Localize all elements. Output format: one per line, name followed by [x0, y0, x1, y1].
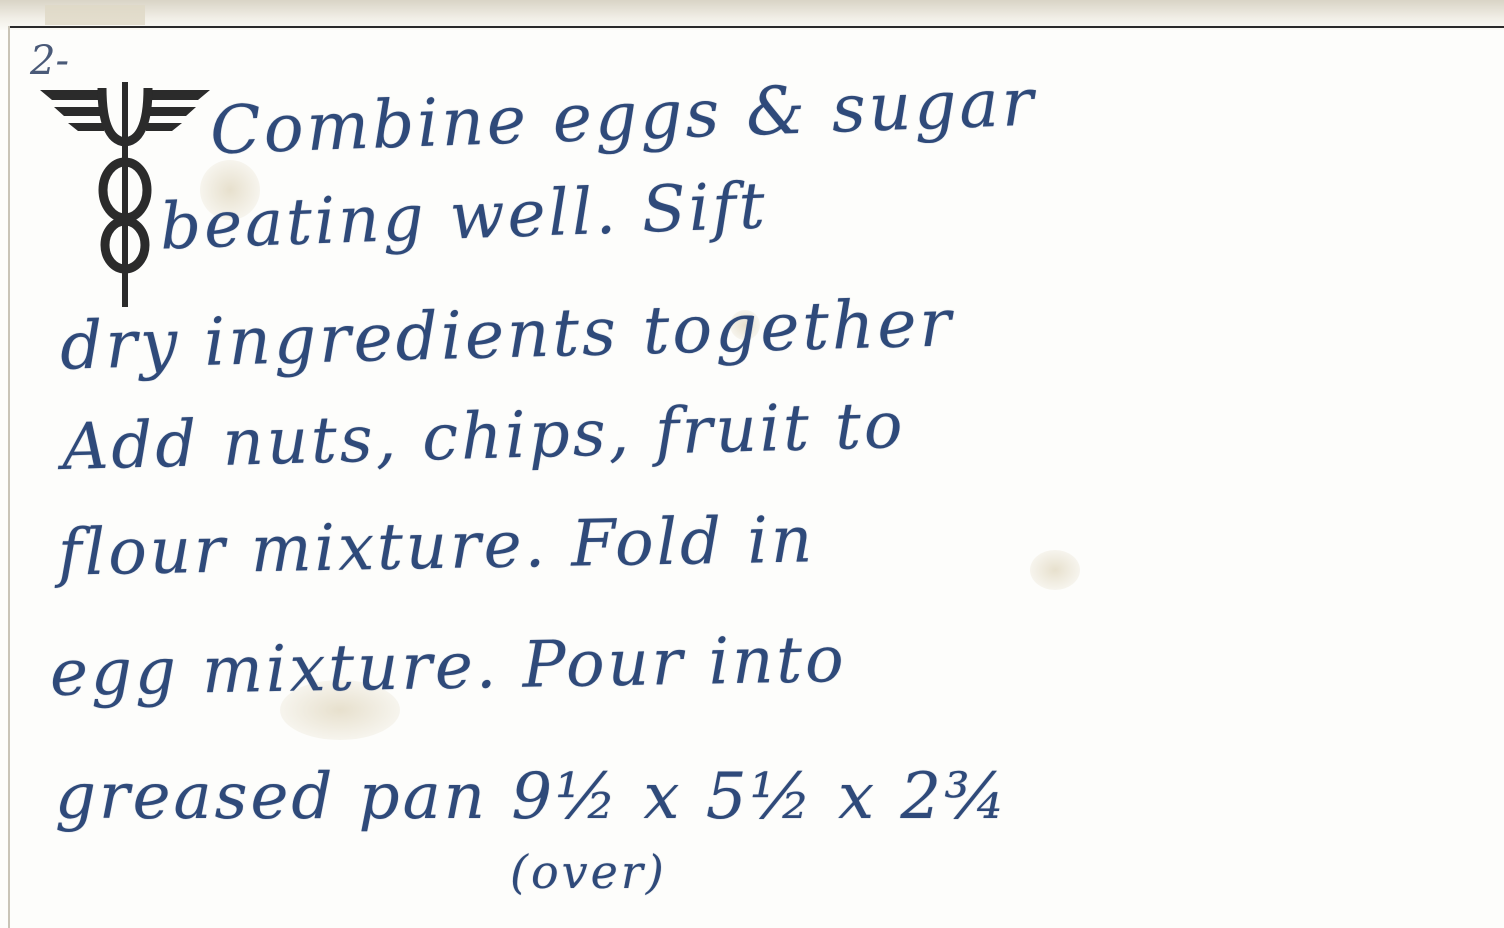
- over-note: (over): [510, 845, 667, 899]
- page-number-mark: 2-: [30, 38, 69, 84]
- recipe-line: Combine eggs & sugar: [209, 64, 1038, 170]
- stain: [1030, 550, 1080, 590]
- recipe-card: 2- Combine eggs & sugar beating well. Si…: [0, 0, 1504, 928]
- recipe-line: Add nuts, chips, fruit to: [61, 389, 906, 485]
- card-top-edge: [10, 26, 1504, 28]
- recipe-line: flour mixture. Fold in: [57, 503, 815, 590]
- recipe-line: egg mixture. Pour into: [49, 623, 847, 711]
- tape-remnant: [45, 5, 145, 25]
- recipe-line-pan-size: greased pan 9½ x 5½ x 2¾: [55, 760, 1009, 834]
- card-left-edge: [8, 26, 10, 928]
